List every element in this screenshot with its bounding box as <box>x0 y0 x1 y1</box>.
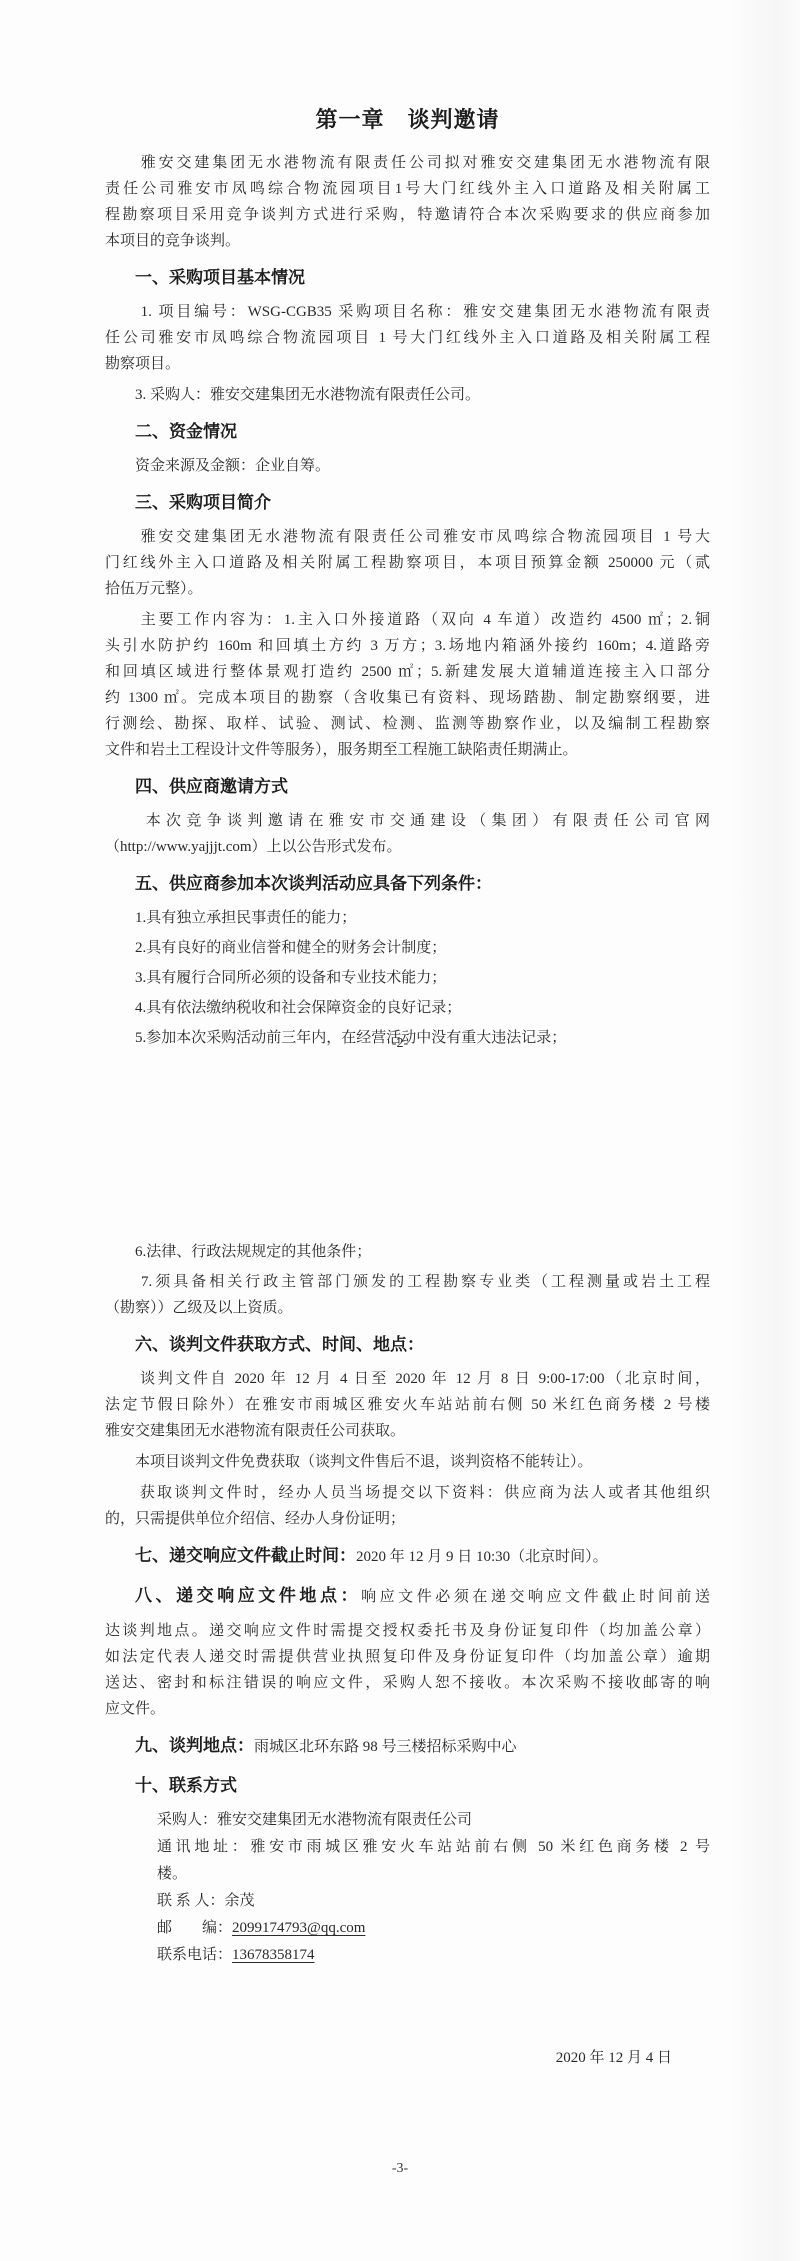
invitation-method-paragraph: 本次竞争谈判邀请在雅安市交通建设（集团）有限责任公司官网（http://www.… <box>105 808 710 860</box>
negotiation-place-label: 九、谈判地点： <box>135 1736 254 1755</box>
mail-label: 邮 编： <box>157 1920 232 1936</box>
contact-phone-line: 联系电话：13678358174 <box>157 1942 710 1969</box>
section-heading-8: 八、递交响应文件地点：响应文件必须在递交响应文件截止时间前送 <box>105 1581 710 1612</box>
purchaser-line: 3. 采购人：雅安交建集团无水港物流有限责任公司。 <box>105 382 710 408</box>
submit-place-label: 八、递交响应文件地点： <box>135 1586 361 1605</box>
materials-paragraph: 获取谈判文件时，经办人员当场提交以下资料：供应商为法人或者其他组织的，只需提供单… <box>105 1480 710 1532</box>
page-number-3: -3- <box>0 2161 800 2177</box>
section-heading-5: 五、供应商参加本次谈判活动应具备下列条件： <box>105 869 710 899</box>
chapter-title: 第一章 谈判邀请 <box>105 104 710 136</box>
condition-2: 2.具有良好的商业信誉和健全的财务会计制度； <box>105 935 710 961</box>
document-date: 2020 年 12 月 4 日 <box>556 2046 672 2067</box>
project-summary-paragraph: 雅安交建集团无水港物流有限责任公司雅安市凤鸣综合物流园项目 1 号大门红线外主入… <box>105 524 710 602</box>
condition-1: 1.具有独立承担民事责任的能力； <box>105 905 710 931</box>
contact-block: 采购人：雅安交建集团无水港物流有限责任公司 通讯地址：雅安市雨城区雅安火车站站前… <box>105 1807 710 1969</box>
document-page-1: 第一章 谈判邀请 雅安交建集团无水港物流有限责任公司拟对雅安交建集团无水港物流有… <box>0 0 800 1131</box>
condition-4: 4.具有依法缴纳税收和社会保障资金的良好记录； <box>105 995 710 1021</box>
document-obtain-paragraph: 谈判文件自 2020 年 12 月 4 日至 2020 年 12 月 8 日 9… <box>105 1366 710 1444</box>
submit-place-paragraph: 达谈判地点。递交响应文件时需提交授权委托书及身份证复印件（均加盖公章）如法定代表… <box>105 1618 710 1722</box>
project-number-paragraph: 1. 项目编号：WSG-CGB35 采购项目名称：雅安交建集团无水港物流有限责任… <box>105 299 710 377</box>
condition-3: 3.具有履行合同所必须的设备和专业技术能力； <box>105 965 710 991</box>
phone-label: 联系电话： <box>157 1947 232 1963</box>
section-heading-7: 七、递交响应文件截止时间：2020 年 12 月 9 日 10:30（北京时间）… <box>105 1541 710 1572</box>
phone-value: 13678358174 <box>232 1947 315 1963</box>
document-page-2: 6.法律、行政法规规定的其他条件； 7.须具备相关行政主管部门颁发的工程勘察专业… <box>0 1131 800 2261</box>
contact-mail-line: 邮 编：2099174793@qq.com <box>157 1915 710 1942</box>
section-heading-6: 六、谈判文件获取方式、时间、地点： <box>105 1330 710 1360</box>
negotiation-place-value: 雨城区北环东路 98 号三楼招标采购中心 <box>254 1739 517 1755</box>
contact-buyer-line: 采购人：雅安交建集团无水港物流有限责任公司 <box>157 1807 710 1834</box>
submit-place-first-line: 响应文件必须在递交响应文件截止时间前送 <box>361 1589 710 1605</box>
section-heading-1: 一、采购项目基本情况 <box>105 263 710 293</box>
deadline-label: 七、递交响应文件截止时间： <box>135 1546 356 1565</box>
contact-person-line: 联 系 人：余茂 <box>157 1888 710 1915</box>
free-obtain-line: 本项目谈判文件免费获取（谈判文件售后不退，谈判资格不能转让）。 <box>105 1449 710 1475</box>
work-content-paragraph: 主要工作内容为：1.主入口外接道路（双向 4 车道）改造约 4500 ㎡；2.铜… <box>105 607 710 763</box>
mail-value: 2099174793@qq.com <box>232 1920 365 1936</box>
deadline-value: 2020 年 12 月 9 日 10:30（北京时间）。 <box>356 1549 608 1565</box>
scanned-document: 第一章 谈判邀请 雅安交建集团无水港物流有限责任公司拟对雅安交建集团无水港物流有… <box>0 0 800 2261</box>
section-heading-9: 九、谈判地点：雨城区北环东路 98 号三楼招标采购中心 <box>105 1731 710 1762</box>
section-heading-2: 二、资金情况 <box>105 417 710 447</box>
condition-6: 6.法律、行政法规规定的其他条件； <box>105 1239 710 1265</box>
section-heading-10: 十、联系方式 <box>105 1771 710 1801</box>
intro-paragraph: 雅安交建集团无水港物流有限责任公司拟对雅安交建集团无水港物流有限责任公司雅安市凤… <box>105 150 710 254</box>
section-heading-3: 三、采购项目简介 <box>105 488 710 518</box>
condition-7-paragraph: 7.须具备相关行政主管部门颁发的工程勘察专业类（工程测量或岩土工程（勘察））乙级… <box>105 1269 710 1321</box>
section-heading-4: 四、供应商邀请方式 <box>105 772 710 802</box>
funding-line: 资金来源及金额：企业自筹。 <box>105 453 710 479</box>
page-number-2: -2- <box>0 1036 800 1052</box>
contact-address-paragraph: 通讯地址：雅安市雨城区雅安火车站站前右侧 50 米红色商务楼 2 号楼。 <box>157 1834 710 1888</box>
